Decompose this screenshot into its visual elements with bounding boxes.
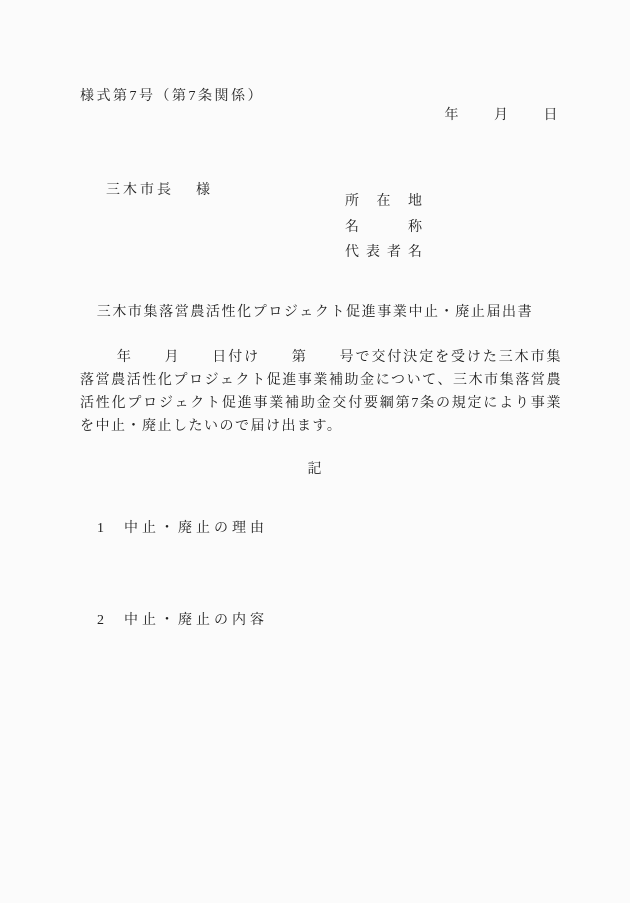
document-title: 三木市集落営農活性化プロジェクト促進事業中止・廃止届出書 (0, 301, 630, 321)
list-item-reason: 1中止・廃止の理由 (83, 501, 268, 553)
addressee-honorific: 様 (196, 183, 213, 198)
sender-fields: 所在地 名称 代表者名 (345, 189, 425, 266)
date-blank-line: 年 月 日 (445, 104, 561, 124)
list-item-reason-label: 中止・廃止の理由 (124, 521, 268, 536)
list-item-content-number: 2 (97, 613, 124, 629)
body-paragraph: 年 月 日付け 第 号で交付決定を受けた三木市集落営農活性化プロジェクト促進事業… (80, 346, 562, 438)
list-item-content-label: 中止・廃止の内容 (124, 613, 268, 628)
addressee-line: 三木市長様 (80, 163, 213, 215)
sender-field-address-label: 所在地 (345, 189, 423, 215)
list-item-reason-number: 1 (97, 521, 124, 537)
document-page: 様式第7号（第7条関係） 年 月 日 三木市長様 所在地 名称 代表者名 三木市… (0, 0, 630, 903)
sender-field-representative-label: 代表者名 (345, 240, 423, 266)
list-item-content: 2中止・廃止の内容 (83, 593, 268, 645)
addressee-recipient: 三木市長 (106, 183, 174, 198)
form-number: 様式第7号（第7条関係） (80, 85, 264, 105)
list-heading-ki: 記 (0, 458, 630, 478)
sender-field-name-label: 名称 (345, 215, 423, 241)
